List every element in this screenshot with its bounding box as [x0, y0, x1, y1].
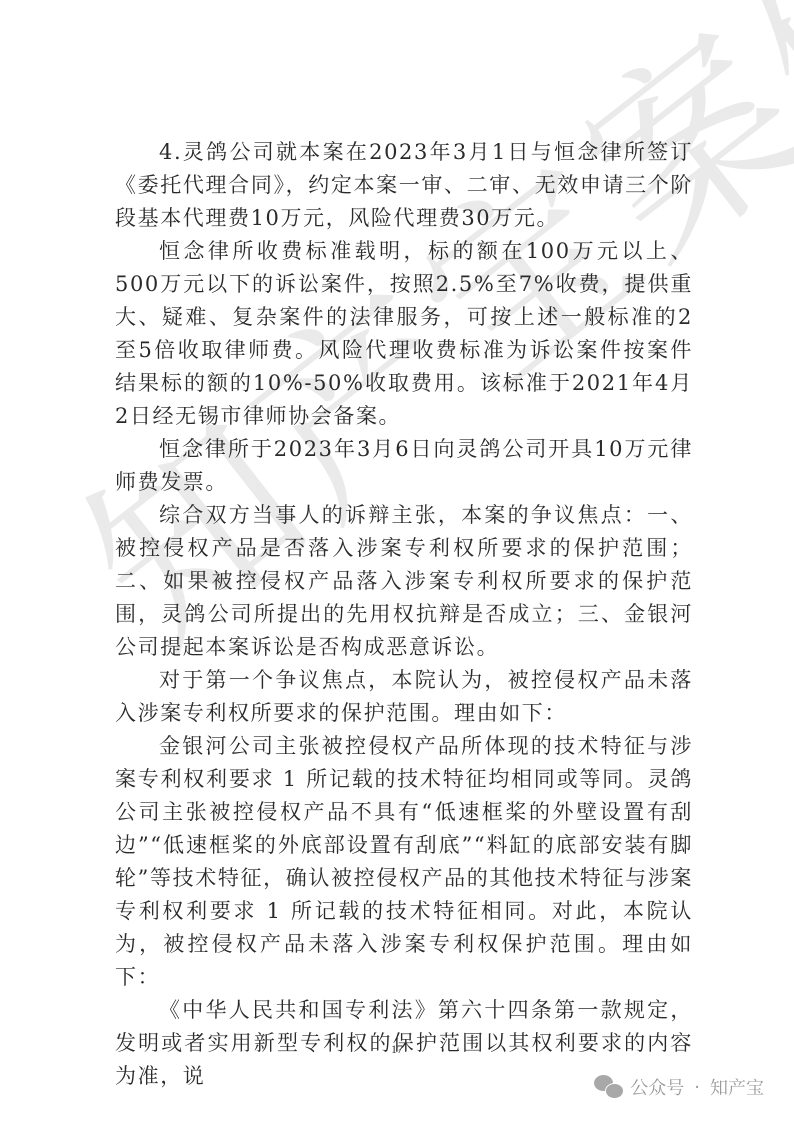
page-number: 17 — [0, 1042, 794, 1057]
footer-separator: · — [694, 1077, 700, 1098]
paragraph-fee-contract: 4.灵鸽公司就本案在2023年3月1日与恒念律所签订《委托代理合同》，约定本案一… — [115, 136, 693, 235]
footer-label: 公众号 — [630, 1074, 684, 1100]
paragraph-technical-features: 金银河公司主张被控侵权产品所体现的技术特征与涉案专利权利要求 1 所记载的技术特… — [115, 730, 693, 994]
paragraph-invoice: 恒念律所于2023年3月6日向灵鸽公司开具10万元律师费发票。 — [115, 433, 693, 499]
paragraph-dispute-focus: 综合双方当事人的诉辩主张，本案的争议焦点：一、被控侵权产品是否落入涉案专利权所要… — [115, 499, 693, 664]
document-body: 4.灵鸽公司就本案在2023年3月1日与恒念律所签订《委托代理合同》，约定本案一… — [115, 136, 693, 1093]
footer-account-name: 知产宝 — [710, 1074, 764, 1100]
wechat-icon — [594, 1075, 624, 1099]
paragraph-first-focus: 对于第一个争议焦点，本院认为，被控侵权产品未落入涉案专利权所要求的保护范围。理由… — [115, 664, 693, 730]
paragraph-fee-standard: 恒念律所收费标准载明，标的额在100万元以上、500万元以下的诉讼案件，按照2.… — [115, 235, 693, 433]
wechat-footer: 公众号 · 知产宝 — [594, 1074, 764, 1100]
